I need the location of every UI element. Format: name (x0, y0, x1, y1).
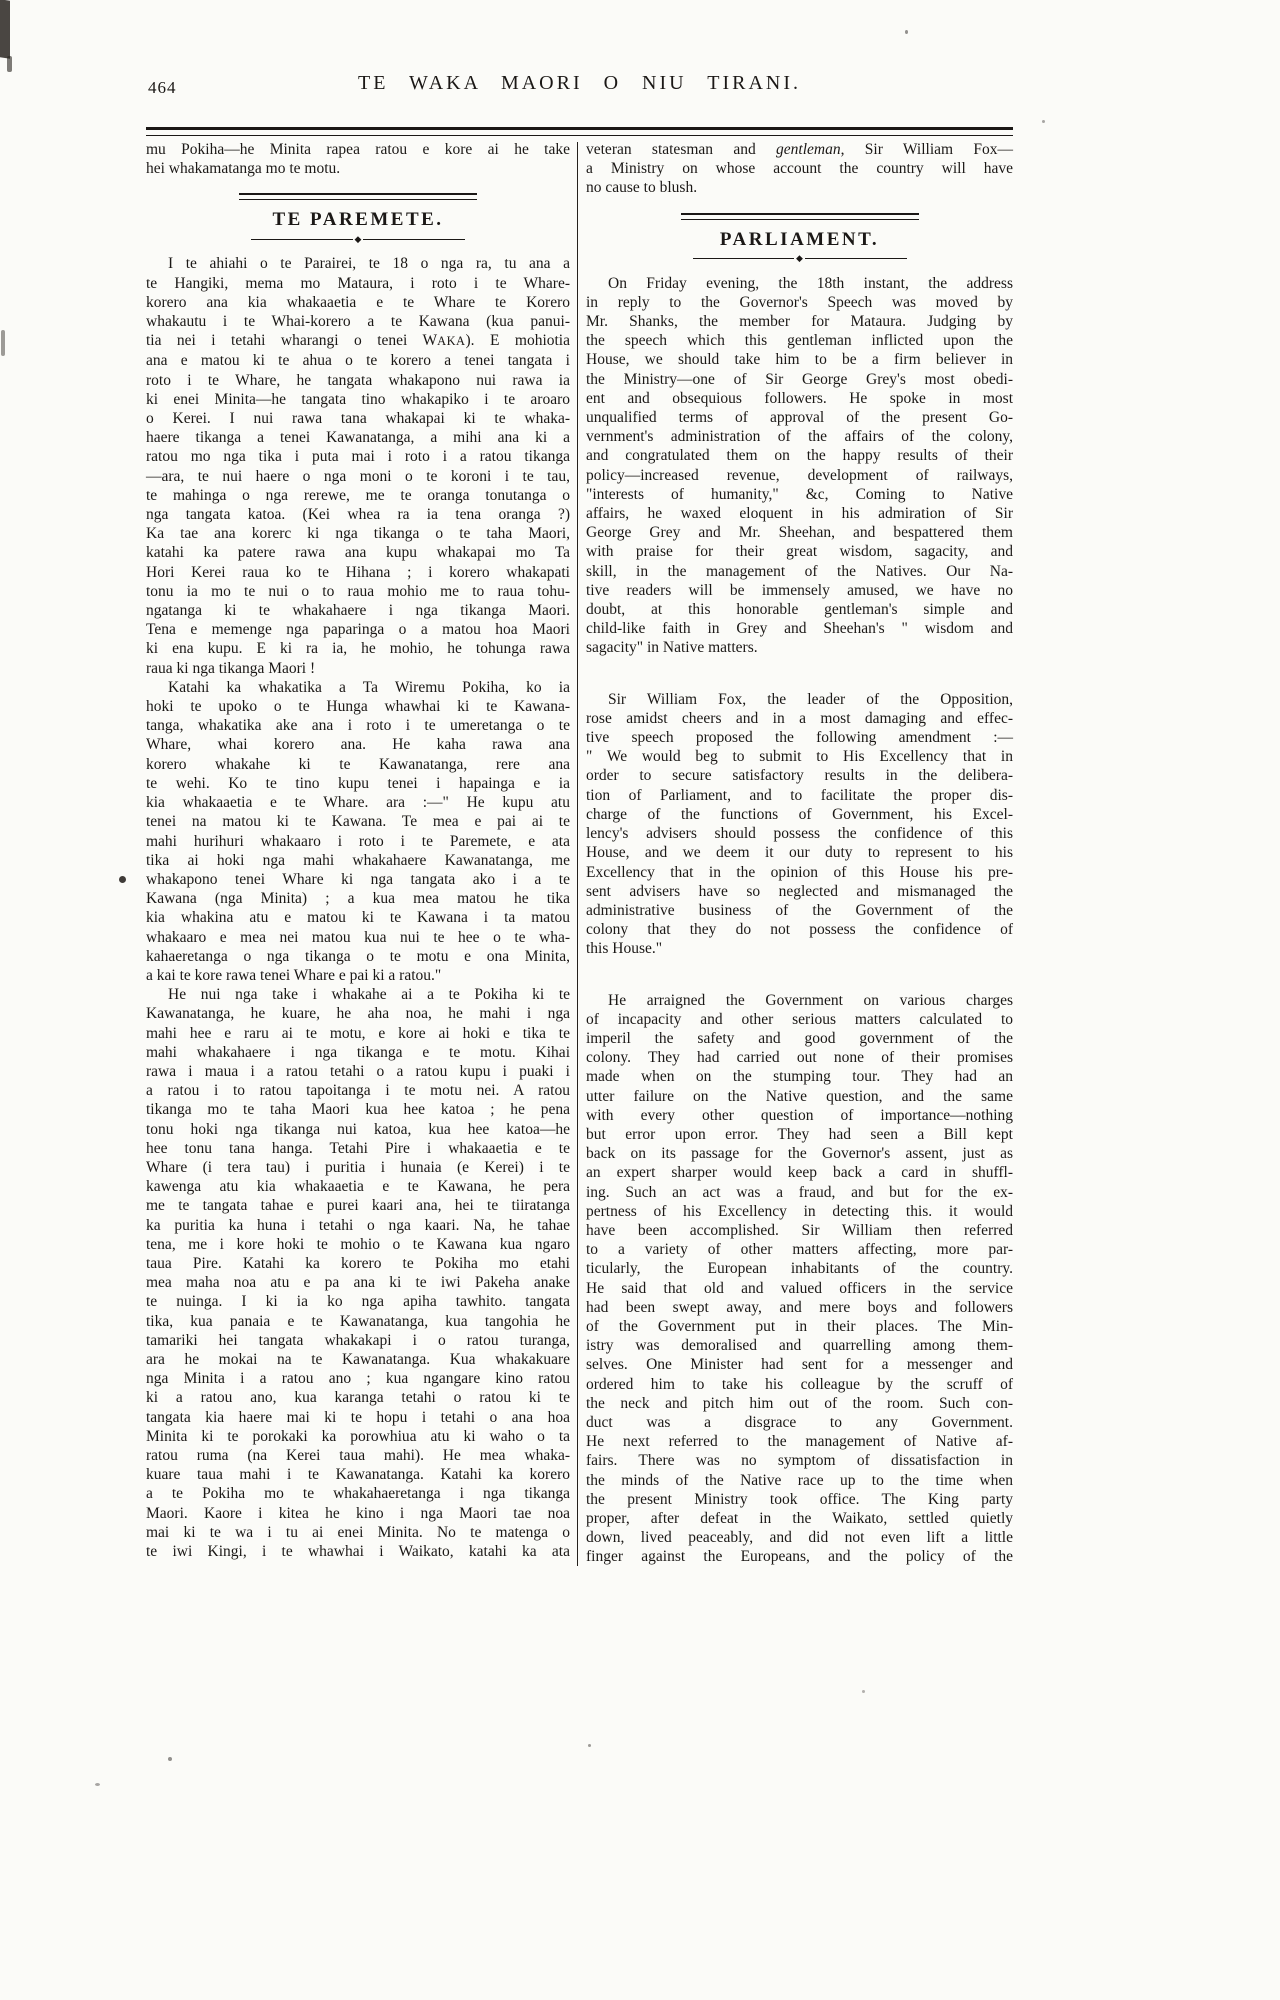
text-line: the neck and pitch him out of the room. … (586, 1394, 1013, 1413)
text-line: ent and obsequious followers. He spoke i… (586, 389, 1013, 408)
text-line: back on its passage for the Governor's a… (586, 1144, 1013, 1163)
text-line: unqualified terms of approval of the pre… (586, 408, 1013, 427)
text-line: te iwi Kingi, i te whawhai i Waikato, ka… (146, 1542, 570, 1561)
text-line: colony that they do not possess the conf… (586, 920, 1013, 939)
text-line: He said that old and valued officers in … (586, 1279, 1013, 1298)
scan-speck (1042, 120, 1045, 123)
text-line: mahi hurihuri whakaaro i roto i te Parem… (146, 832, 570, 851)
text-line: te Hangiki, mema mo Mataura, i roto i te… (146, 274, 570, 293)
text-line: whakaaro e mea nei matou kua nui te hee … (146, 928, 570, 947)
text-line: tikanga mo te taha Maori kua hee katoa ;… (146, 1100, 570, 1119)
text-line: kahaeretanga o nga tikanga o te motu e o… (146, 947, 570, 966)
paragraph: He nui nga take i whakahe ai a te Pokiha… (146, 985, 570, 1561)
diamond-rule: ◆ (251, 233, 465, 245)
scan-artifact (1, 330, 5, 356)
paragraph: He arraigned the Government on various c… (586, 991, 1013, 1567)
text-line: tamariki hei tangata whakakapi i o ratou… (146, 1331, 570, 1350)
text-line: the minds of the Native race up to the t… (586, 1471, 1013, 1490)
page-header: 464 TE WAKA MAORI O NIU TIRANI. (146, 72, 1013, 106)
text-line: House, we should take him to be a firm b… (586, 350, 1013, 369)
text-line: administrative business of the Governmen… (586, 901, 1013, 920)
text-line: Hori Kerei raua ko te Hihana ; i korero … (146, 563, 570, 582)
text-line: an expert sharper would keep back a card… (586, 1163, 1013, 1182)
text-line: o Kerei. I nui rawa tana whakapai ki te … (146, 409, 570, 428)
text-line: ratou mo nga tika i puta mai i roto i a … (146, 447, 570, 466)
text-line: House, and we deem it our duty to repres… (586, 843, 1013, 862)
masthead-title: TE WAKA MAORI O NIU TIRANI. (146, 72, 1013, 95)
paragraph: Katahi ka whakatika a Ta Wiremu Pokiha, … (146, 678, 570, 985)
text-line: "interests of humanity," &c, Coming to N… (586, 485, 1013, 504)
text-line: child-like faith in Grey and Sheehan's "… (586, 619, 1013, 638)
text-line: the Ministry—one of Sir George Grey's mo… (586, 370, 1013, 389)
text-line: imperil the safety and good government o… (586, 1029, 1013, 1048)
text-line: tika ai hoki nga mahi whakahaere Kawanat… (146, 851, 570, 870)
paragraph: I te ahiahi o te Parairei, te 18 o nga r… (146, 254, 570, 677)
text-line: a Ministry on whose account the country … (586, 159, 1013, 178)
text-line: doubt, at this honorable gentleman's sim… (586, 600, 1013, 619)
text-line: with every other question of importance—… (586, 1106, 1013, 1125)
text-line: duct was a disgrace to any Government. (586, 1413, 1013, 1432)
text-line: Maori. Kaore i kitea he kino i nga Maori… (146, 1504, 570, 1523)
section-double-rule (681, 213, 919, 220)
text-line: tia nei i tetahi wharangi o tenei WAKA).… (146, 331, 570, 351)
text-line: ngatanga ki te whakahaere i nga tikanga … (146, 601, 570, 620)
text-line: He next referred to the management of Na… (586, 1432, 1013, 1451)
text-line: raua ki nga tikanga Maori ! (146, 659, 570, 678)
text-line: I te ahiahi o te Parairei, te 18 o nga r… (146, 254, 570, 273)
left-continuation: mu Pokiha—he Minita rapea ratou e kore a… (146, 140, 570, 178)
text-line: Katahi ka whakatika a Ta Wiremu Pokiha, … (146, 678, 570, 697)
text-line: ka puritia ka huna i tetahi o nga kaari.… (146, 1216, 570, 1235)
text-line: ki a ratou ano, kua karanga tetahi o rat… (146, 1388, 570, 1407)
left-section-heading: TE PAREMETE. ◆ (146, 193, 570, 245)
right-paragraphs: On Friday evening, the 18th instant, the… (586, 274, 1013, 1567)
text-line: order to secure satisfactory results in … (586, 766, 1013, 785)
text-line: with praise for their great wisdom, saga… (586, 542, 1013, 561)
text-line: tenei na matou ki te Kawana. Te mea e pa… (146, 812, 570, 831)
text-line: hei whakamatanga mo te motu. (146, 159, 570, 178)
text-line: tangata kia haere mai ki te hopu i tetah… (146, 1408, 570, 1427)
text-line: Tena e memenge nga paparinga o a matou h… (146, 620, 570, 639)
text-line: mai ki te wa i tu ai enei Minita. No te … (146, 1523, 570, 1542)
paragraph: On Friday evening, the 18th instant, the… (586, 274, 1013, 658)
text-line: te mahinga o nga rerewe, me te oranga to… (146, 486, 570, 505)
text-line: fairs. There was no symptom of dissatisf… (586, 1451, 1013, 1470)
left-paragraphs: I te ahiahi o te Parairei, te 18 o nga r… (146, 254, 570, 1561)
margin-ink-dot (119, 876, 126, 883)
text-line: taua Pire. Katahi ka korero te Pokiha mo… (146, 1254, 570, 1273)
text-line: tika, kua panaia e te Kawanatanga, kua t… (146, 1312, 570, 1331)
text-line: tive readers will be immensely amused, w… (586, 581, 1013, 600)
text-line: te nuinga. I ki ia ko nga apiha tawhito.… (146, 1292, 570, 1311)
text-line: kia whakaaetia e te Whare. ara :—" He ku… (146, 793, 570, 812)
text-line: ordered him to take his colleague by the… (586, 1375, 1013, 1394)
text-line: and congratulated them on the happy resu… (586, 446, 1013, 465)
scan-speck (862, 1690, 865, 1693)
text-line: On Friday evening, the 18th instant, the… (586, 274, 1013, 293)
left-column: mu Pokiha—he Minita rapea ratou e kore a… (146, 140, 570, 1561)
text-line: sagacity" in Native matters. (586, 638, 1013, 657)
text-line: whakapono tenei Whare ki nga tangata ako… (146, 870, 570, 889)
text-line: this House." (586, 939, 1013, 958)
column-divider-rule (577, 142, 578, 1566)
text-line: nga tangata katoa. (Kei whea ra ia tena … (146, 505, 570, 524)
text-line: ki enei Minita—he tangata tino whakapiko… (146, 390, 570, 409)
text-line: ara he mokai na te Kawanatanga. Kua whak… (146, 1350, 570, 1369)
text-line: " We would beg to submit to His Excellen… (586, 747, 1013, 766)
text-line: hee tonu tana hanga. Tetahi Pire i whaka… (146, 1139, 570, 1158)
scan-speck (168, 1757, 172, 1761)
text-line: sent advisers have so neglected and mism… (586, 882, 1013, 901)
text-line: the present Ministry took office. The Ki… (586, 1490, 1013, 1509)
text-line: Whare, whai korero ana. He kaha rawa ana (146, 735, 570, 754)
text-line: korero ana kia whakaaetia e te Whare te … (146, 293, 570, 312)
right-column: veteran statesman and gentleman, Sir Wil… (586, 140, 1013, 1567)
text-line: to a variety of other matters affecting,… (586, 1240, 1013, 1259)
text-line: the speech which this gentleman inflicte… (586, 331, 1013, 350)
text-line: Whare (i tera tau) i puritia i hunaia (e… (146, 1158, 570, 1177)
text-line: Kawanatanga, he kuare, he aha noa, he ma… (146, 1004, 570, 1023)
section-title-parliament: PARLIAMENT. (586, 228, 1013, 252)
text-line: policy—increased revenue, development of… (586, 466, 1013, 485)
text-line: but error upon error. They had seen a Bi… (586, 1125, 1013, 1144)
text-line: Kawana (nga Minita) ; a kua mea matou he… (146, 889, 570, 908)
text-line: Excellency that in the opinion of this H… (586, 863, 1013, 882)
text-line: He arraigned the Government on various c… (586, 991, 1013, 1010)
text-line: Ka tae ana korerc ki nga tikanga o te ta… (146, 524, 570, 543)
text-line: —ara, te nui haere o nga moni o te koron… (146, 467, 570, 486)
text-line: katahi ka patere rawa ana kupu whakapai … (146, 543, 570, 562)
text-line: kawenga atu kia whakaaetia e te Kawana, … (146, 1177, 570, 1196)
text-line: lency's advisers should possess the conf… (586, 824, 1013, 843)
text-line: have been accomplished. Sir William then… (586, 1221, 1013, 1240)
text-line: down, lived peaceably, and did not even … (586, 1528, 1013, 1547)
text-line: roto i te Whare, he tangata whakapono nu… (146, 371, 570, 390)
scan-artifact (7, 56, 12, 72)
diamond-icon: ◆ (794, 254, 805, 263)
text-line: a kai te kore rawa tenei Whare e pai ki … (146, 966, 570, 985)
text-line: nga Minita i a ratou ano ; kua ngangare … (146, 1369, 570, 1388)
text-line: hoki te upoko o te Hunga whawhai ki te K… (146, 697, 570, 716)
diamond-icon: ◆ (353, 235, 364, 244)
text-line: proper, after defeat in the Waikato, set… (586, 1509, 1013, 1528)
text-line: charge of the functions of Government, h… (586, 805, 1013, 824)
text-line: a ratou i to ratou tapoitanga i te motu … (146, 1081, 570, 1100)
text-line: of incapacity and other serious matters … (586, 1010, 1013, 1029)
newspaper-page: 464 TE WAKA MAORI O NIU TIRANI. mu Pokih… (0, 0, 1280, 2000)
right-section-heading: PARLIAMENT. ◆ (586, 213, 1013, 265)
text-line: George Grey and Mr. Sheehan, and bespatt… (586, 523, 1013, 542)
scan-speck (95, 1783, 100, 1786)
text-line: no cause to blush. (586, 178, 1013, 197)
text-line: Minita ki te porokaki ka porowhiua atu k… (146, 1427, 570, 1446)
text-line: kia whakina atu e matou ki te Kawana i t… (146, 908, 570, 927)
text-line: of the Government put in their places. T… (586, 1317, 1013, 1336)
text-line: colony. They had carried out none of the… (586, 1048, 1013, 1067)
text-line: rawa i maua i a ratou tetahi o a ratou k… (146, 1062, 570, 1081)
text-line: mu Pokiha—he Minita rapea ratou e kore a… (146, 140, 570, 159)
text-line: made when on the stumping tour. They had… (586, 1067, 1013, 1086)
text-line: rose amidst cheers and in a most damagin… (586, 709, 1013, 728)
text-line: finger against the Europeans, and the po… (586, 1547, 1013, 1566)
text-line: affairs, he waxed eloquent in his admira… (586, 504, 1013, 523)
text-line: istry was demoralised and quarrelling am… (586, 1336, 1013, 1355)
paragraph: Sir William Fox, the leader of the Oppos… (586, 690, 1013, 959)
text-line: Sir William Fox, the leader of the Oppos… (586, 690, 1013, 709)
text-line: tena, me i kore hoki te mohio o te Kawan… (146, 1235, 570, 1254)
diamond-rule: ◆ (693, 253, 907, 265)
scan-speck (588, 1744, 591, 1747)
text-line: whakautu i te Whai-korero a te Kawana (k… (146, 312, 570, 331)
text-line: a te Pokiha mo te whakahaeretanga i nga … (146, 1484, 570, 1503)
text-line: tonu hoki nga tikanga nui katoa, kua hee… (146, 1120, 570, 1139)
section-double-rule (239, 193, 477, 200)
text-line: ing. Such an act was a fraud, and but fo… (586, 1183, 1013, 1202)
text-line: tonu ia mo te nui o to raua mohio me to … (146, 582, 570, 601)
text-line: had been swept away, and mere boys and f… (586, 1298, 1013, 1317)
text-line: vernment's administration of the affairs… (586, 427, 1013, 446)
text-line: in reply to the Governor's Speech was mo… (586, 293, 1013, 312)
text-line: ki ena kupu. E ki ra ia, he mohio, he to… (146, 639, 570, 658)
text-line: Mr. Shanks, the member for Mataura. Judg… (586, 312, 1013, 331)
right-continuation: veteran statesman and gentleman, Sir Wil… (586, 140, 1013, 198)
text-line: tanga, whakatika ake ana i roto i te ume… (146, 716, 570, 735)
text-line: utter failure on the Native question, an… (586, 1087, 1013, 1106)
text-line: ticularly, the European inhabitants of t… (586, 1259, 1013, 1278)
scan-artifact (0, 0, 10, 59)
text-line: tion of Parliament, and to facilitate th… (586, 786, 1013, 805)
text-line: ratou ruma (na Kerei taua mahi). He mea … (146, 1446, 570, 1465)
text-line: te wehi. Ko te tino kupu tenei i hapaing… (146, 774, 570, 793)
text-line: skill, in the management of the Natives.… (586, 562, 1013, 581)
text-line: pertness of his Excellency in detecting … (586, 1202, 1013, 1221)
text-line: tive speech proposed the following amend… (586, 728, 1013, 747)
text-line: He nui nga take i whakahe ai a te Pokiha… (146, 985, 570, 1004)
header-double-rule (146, 127, 1013, 136)
text-line: veteran statesman and gentleman, Sir Wil… (586, 140, 1013, 159)
text-line: haere tikanga a tenei Kawanatanga, a mih… (146, 428, 570, 447)
text-line: mea maha noa atu e pa ana ki te iwi Pake… (146, 1273, 570, 1292)
text-line: kuare taua mahi i te Kawanatanga. Katahi… (146, 1465, 570, 1484)
text-line: korero whakahe ki te Kawanatanga, rere a… (146, 755, 570, 774)
text-line: mahi whakahaere i nga tikanga e te motu.… (146, 1043, 570, 1062)
scan-speck (905, 30, 908, 34)
text-line: me te tangata tahae e purei kaari ana, h… (146, 1196, 570, 1215)
text-line: mahi hee e raru ai te motu, e kore ai ho… (146, 1024, 570, 1043)
text-line: ana e matou ki te ahua o te korero a ten… (146, 351, 570, 370)
section-title-te-paremete: TE PAREMETE. (146, 208, 570, 232)
text-line: selves. One Minister had sent for a mess… (586, 1355, 1013, 1374)
